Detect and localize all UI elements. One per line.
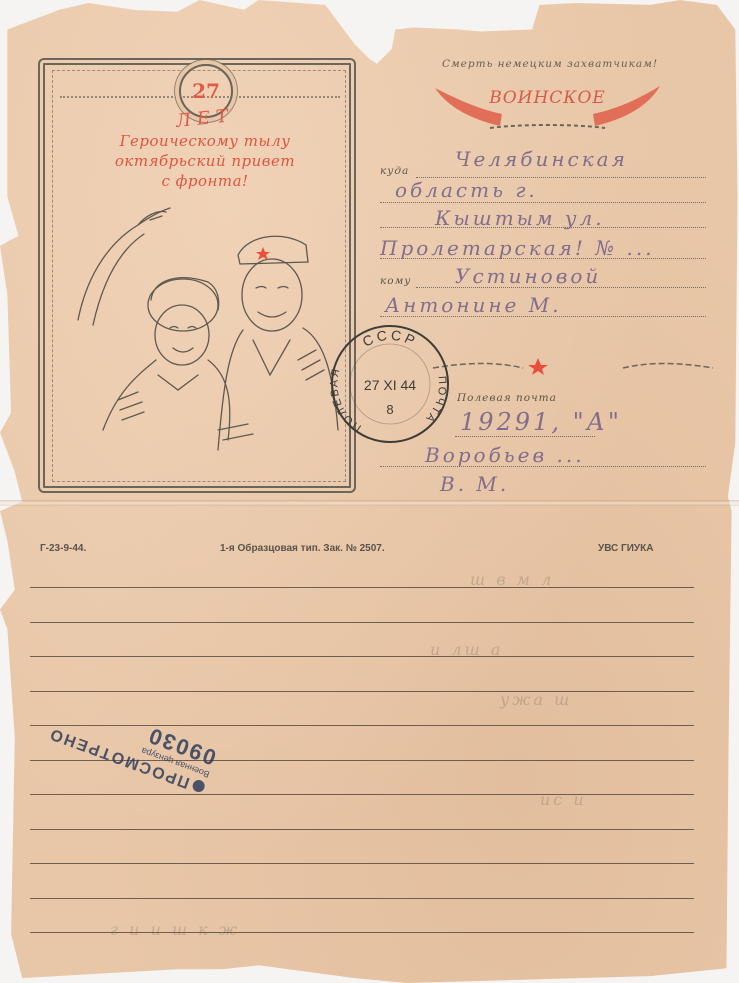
postmark-stamp: СССР ПОЛЕВАЯ ПОЧТА 27 XI 44 8 [328,322,452,446]
handwritten-address: Кыштым ул. [435,206,605,230]
handwritten-recipient: Антонине М. [385,293,562,317]
banner-title: ВОИНСКОЕ [470,88,625,108]
address-line [455,436,595,437]
postmark-number: 8 [386,402,393,417]
fold-crease [0,500,739,506]
red-star-icon [528,358,548,375]
address-line [380,202,706,203]
svg-text:ПОЛЕВАЯ: ПОЛЕВАЯ [328,366,363,434]
badge-number: 27 [192,79,220,103]
ruled-line [30,587,694,588]
ruled-line [30,794,694,795]
handwritten-sender: Воробьев ... [425,443,585,467]
soldiers-illustration [58,200,343,470]
field-post-label: Полевая почта [457,392,557,404]
bleed-through-text: ш в м л [470,570,554,589]
bleed-through-text: ужа ш [500,690,572,709]
handwritten-sender: В. М. [440,472,509,496]
to-where-label: куда [380,165,409,177]
handwritten-address: Челябинская [455,147,628,171]
greeting-line: с фронта! [70,171,340,191]
imprint-publisher: УВС ГИУКА [598,543,653,554]
postmark-left: ПОЛЕВАЯ [328,366,363,434]
bleed-through-text: и лш а [430,640,503,659]
ruled-line [30,829,694,830]
to-whom-label: кому [380,275,411,287]
imprint-printer: 1-я Образцовая тип. Зак. № 2507. [220,543,385,554]
greeting-line: Героическому тылу [70,131,340,151]
bleed-through-text: г и и ш к ж [110,920,240,939]
field-post-number: 19291, "А" [460,408,622,436]
star-laurel-divider [428,356,718,376]
bleed-through-text: ис и [540,790,587,809]
greeting-text: Героическому тылу октябрьский привет с ф… [70,131,340,191]
imprint-code: Г-23-9-44. [40,543,86,554]
ruled-line [30,898,694,899]
red-star-icon [256,247,270,260]
greeting-line: октябрьский привет [70,151,340,171]
postmark-date: 27 XI 44 [364,377,416,393]
slogan: Смерть немецким захватчикам! [405,58,695,70]
handwritten-recipient: Устиновой [455,264,601,288]
ruled-line [30,863,694,864]
handwritten-address: Пролетарская! № ... [380,236,655,260]
handwritten-address: область г. [395,178,538,202]
